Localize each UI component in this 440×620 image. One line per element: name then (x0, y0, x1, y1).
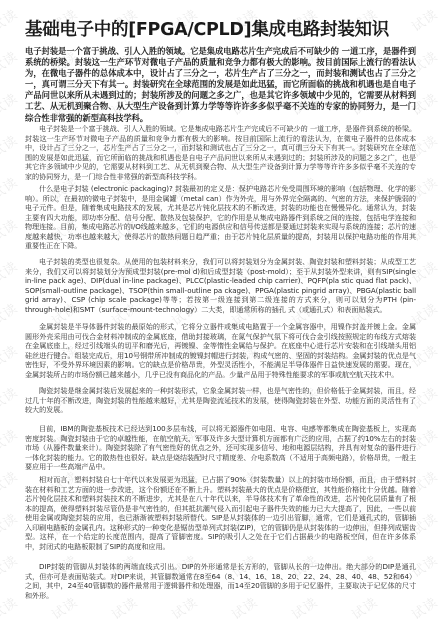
watermark-text: 试读 (0, 550, 21, 582)
watermark-text: 试读 (0, 466, 21, 498)
document-page: 基础电子中的[FPGA/CPLD]集成电路封装知识 电子封装是一个富于挑战、引人… (0, 0, 440, 124)
paragraph-dip-packaging: DIP封装的管脚从封装体的两端直线式引出。DIP的外形通常是长方形的，管脚从长的… (25, 562, 416, 600)
watermark-text: 试读 (0, 130, 21, 162)
watermark-text: 试读 (0, 592, 21, 620)
paragraph-ibm-ceramic: 目前，IBM的陶瓷基板技术已经达到100多层布线，可以将无源器件如电阻、电容、电… (25, 424, 416, 472)
watermark-text: 试读 (0, 256, 21, 288)
watermark-text: 试读 (0, 508, 21, 540)
watermark-text: 试读 (0, 298, 21, 330)
document-title: 基础电子中的[FPGA/CPLD]集成电路封装知识 (25, 0, 416, 42)
paragraph-packaging-overview: 电子封装是一个富于挑战、引人入胜的领域。它是集成电路芯片生产完成后不可缺少的 一… (25, 124, 416, 181)
paragraph-ceramic-packaging: 陶瓷封装是继金属封装后发展起来的一种封装形式，它象金属封装一样，也是气密性的，但… (25, 386, 416, 415)
paragraph-plastic-packaging: 相对而言，塑料封装自七十年代以来发展更为迅猛，已占据了90%（封装数量）以上的封… (25, 475, 416, 551)
watermark-text: 试读 (0, 172, 21, 204)
paragraph-package-types: 电子封装的类型也很复杂。从使用的包装材料来分，我们可以将封装划分为金属封装、陶瓷… (25, 257, 416, 314)
paragraph-what-is-packaging: 什么是电子封装 (electronic packaging)? 封装最初的定义是… (25, 184, 416, 251)
watermark-text: 试读 (0, 424, 21, 456)
watermark-text: 试读 (0, 340, 21, 372)
watermark-text: 试读 (0, 382, 21, 414)
paragraph-metal-packaging: 金属封装是半导体器件封装的最原始的形式，它将分立器件或集成电路置于一个金属容器中… (25, 322, 416, 379)
intro-paragraph: 电子封装是一个富于挑战、引人入胜的领域。它是集成电路芯片生产完成后不可缺少的 一… (25, 46, 416, 124)
watermark-text: 试读 (0, 214, 21, 246)
